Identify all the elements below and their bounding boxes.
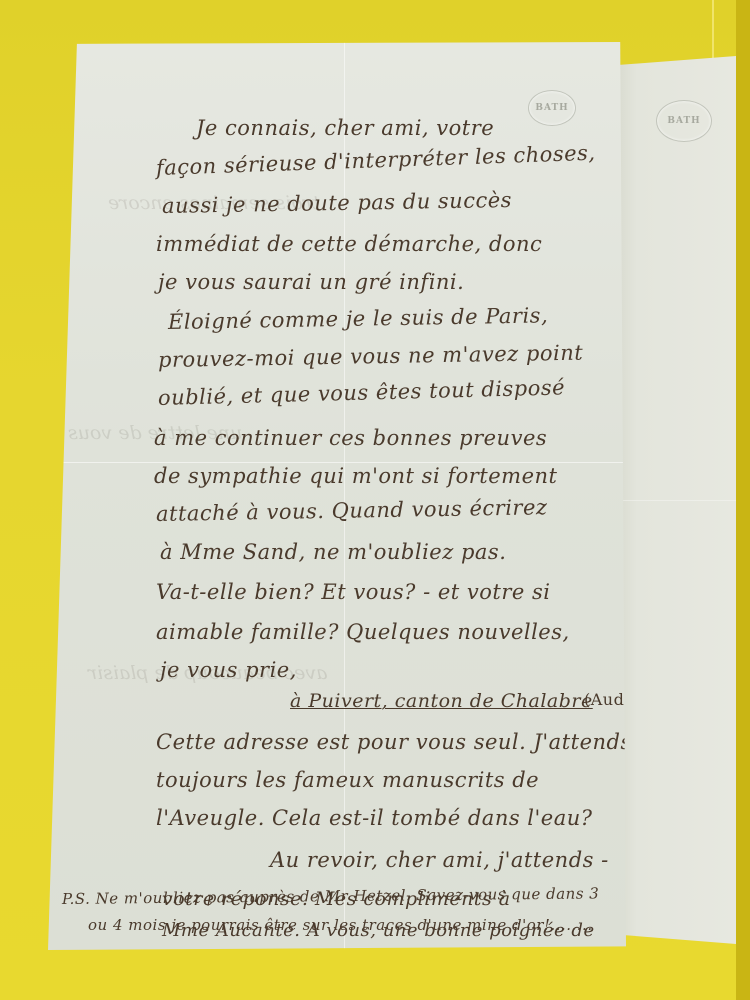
letter-page: trois semaines encore une lettre de vous… [48, 42, 626, 950]
horizontal-fold [612, 500, 736, 501]
backdrop-crease [712, 0, 714, 60]
embossed-stamp-right: BATH [656, 100, 712, 142]
postscript [48, 42, 626, 950]
folded-right-page: BATH [612, 56, 736, 944]
backdrop-edge-strip [736, 0, 750, 1000]
